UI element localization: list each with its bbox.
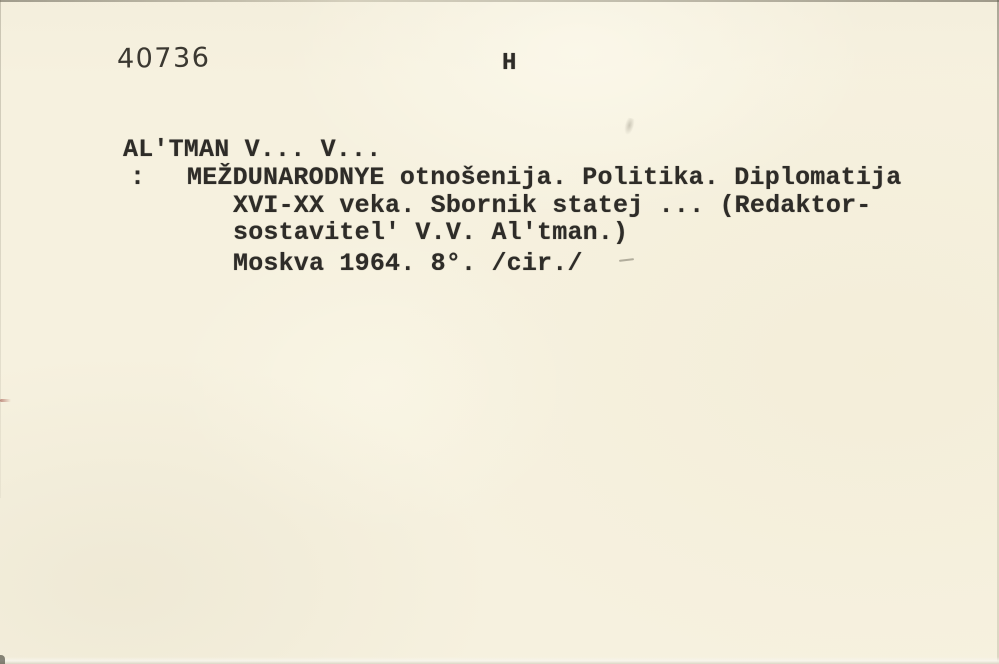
catalog-card-scan: 40736 H AL'TMAN V... V... : MEŽDUNARODNY… bbox=[0, 0, 999, 664]
title-line-3: sostavitel' V.V. Al'tman.) bbox=[233, 219, 628, 247]
card-top-edge bbox=[0, 0, 999, 2]
call-number: 40736 bbox=[117, 42, 211, 75]
author-heading-line: AL'TMAN V... V... bbox=[123, 136, 381, 164]
section-letter: H bbox=[502, 50, 516, 78]
card-left-edge bbox=[0, 0, 1, 498]
ink-smudge bbox=[622, 117, 636, 137]
pencil-dash-mark bbox=[619, 258, 634, 262]
red-ink-speck bbox=[0, 399, 11, 402]
subject-colon-marker: : bbox=[130, 164, 145, 192]
title-line-1: MEŽDUNARODNYE otnošenija. Politika. Dipl… bbox=[187, 164, 902, 192]
title-line-2: XVI-XX veka. Sbornik statej ... (Redakto… bbox=[233, 192, 872, 220]
card-bottom-edge bbox=[0, 657, 999, 664]
bottom-left-corner-mark bbox=[0, 655, 5, 664]
imprint-line: Moskva 1964. 8°. /cir./ bbox=[233, 250, 583, 278]
